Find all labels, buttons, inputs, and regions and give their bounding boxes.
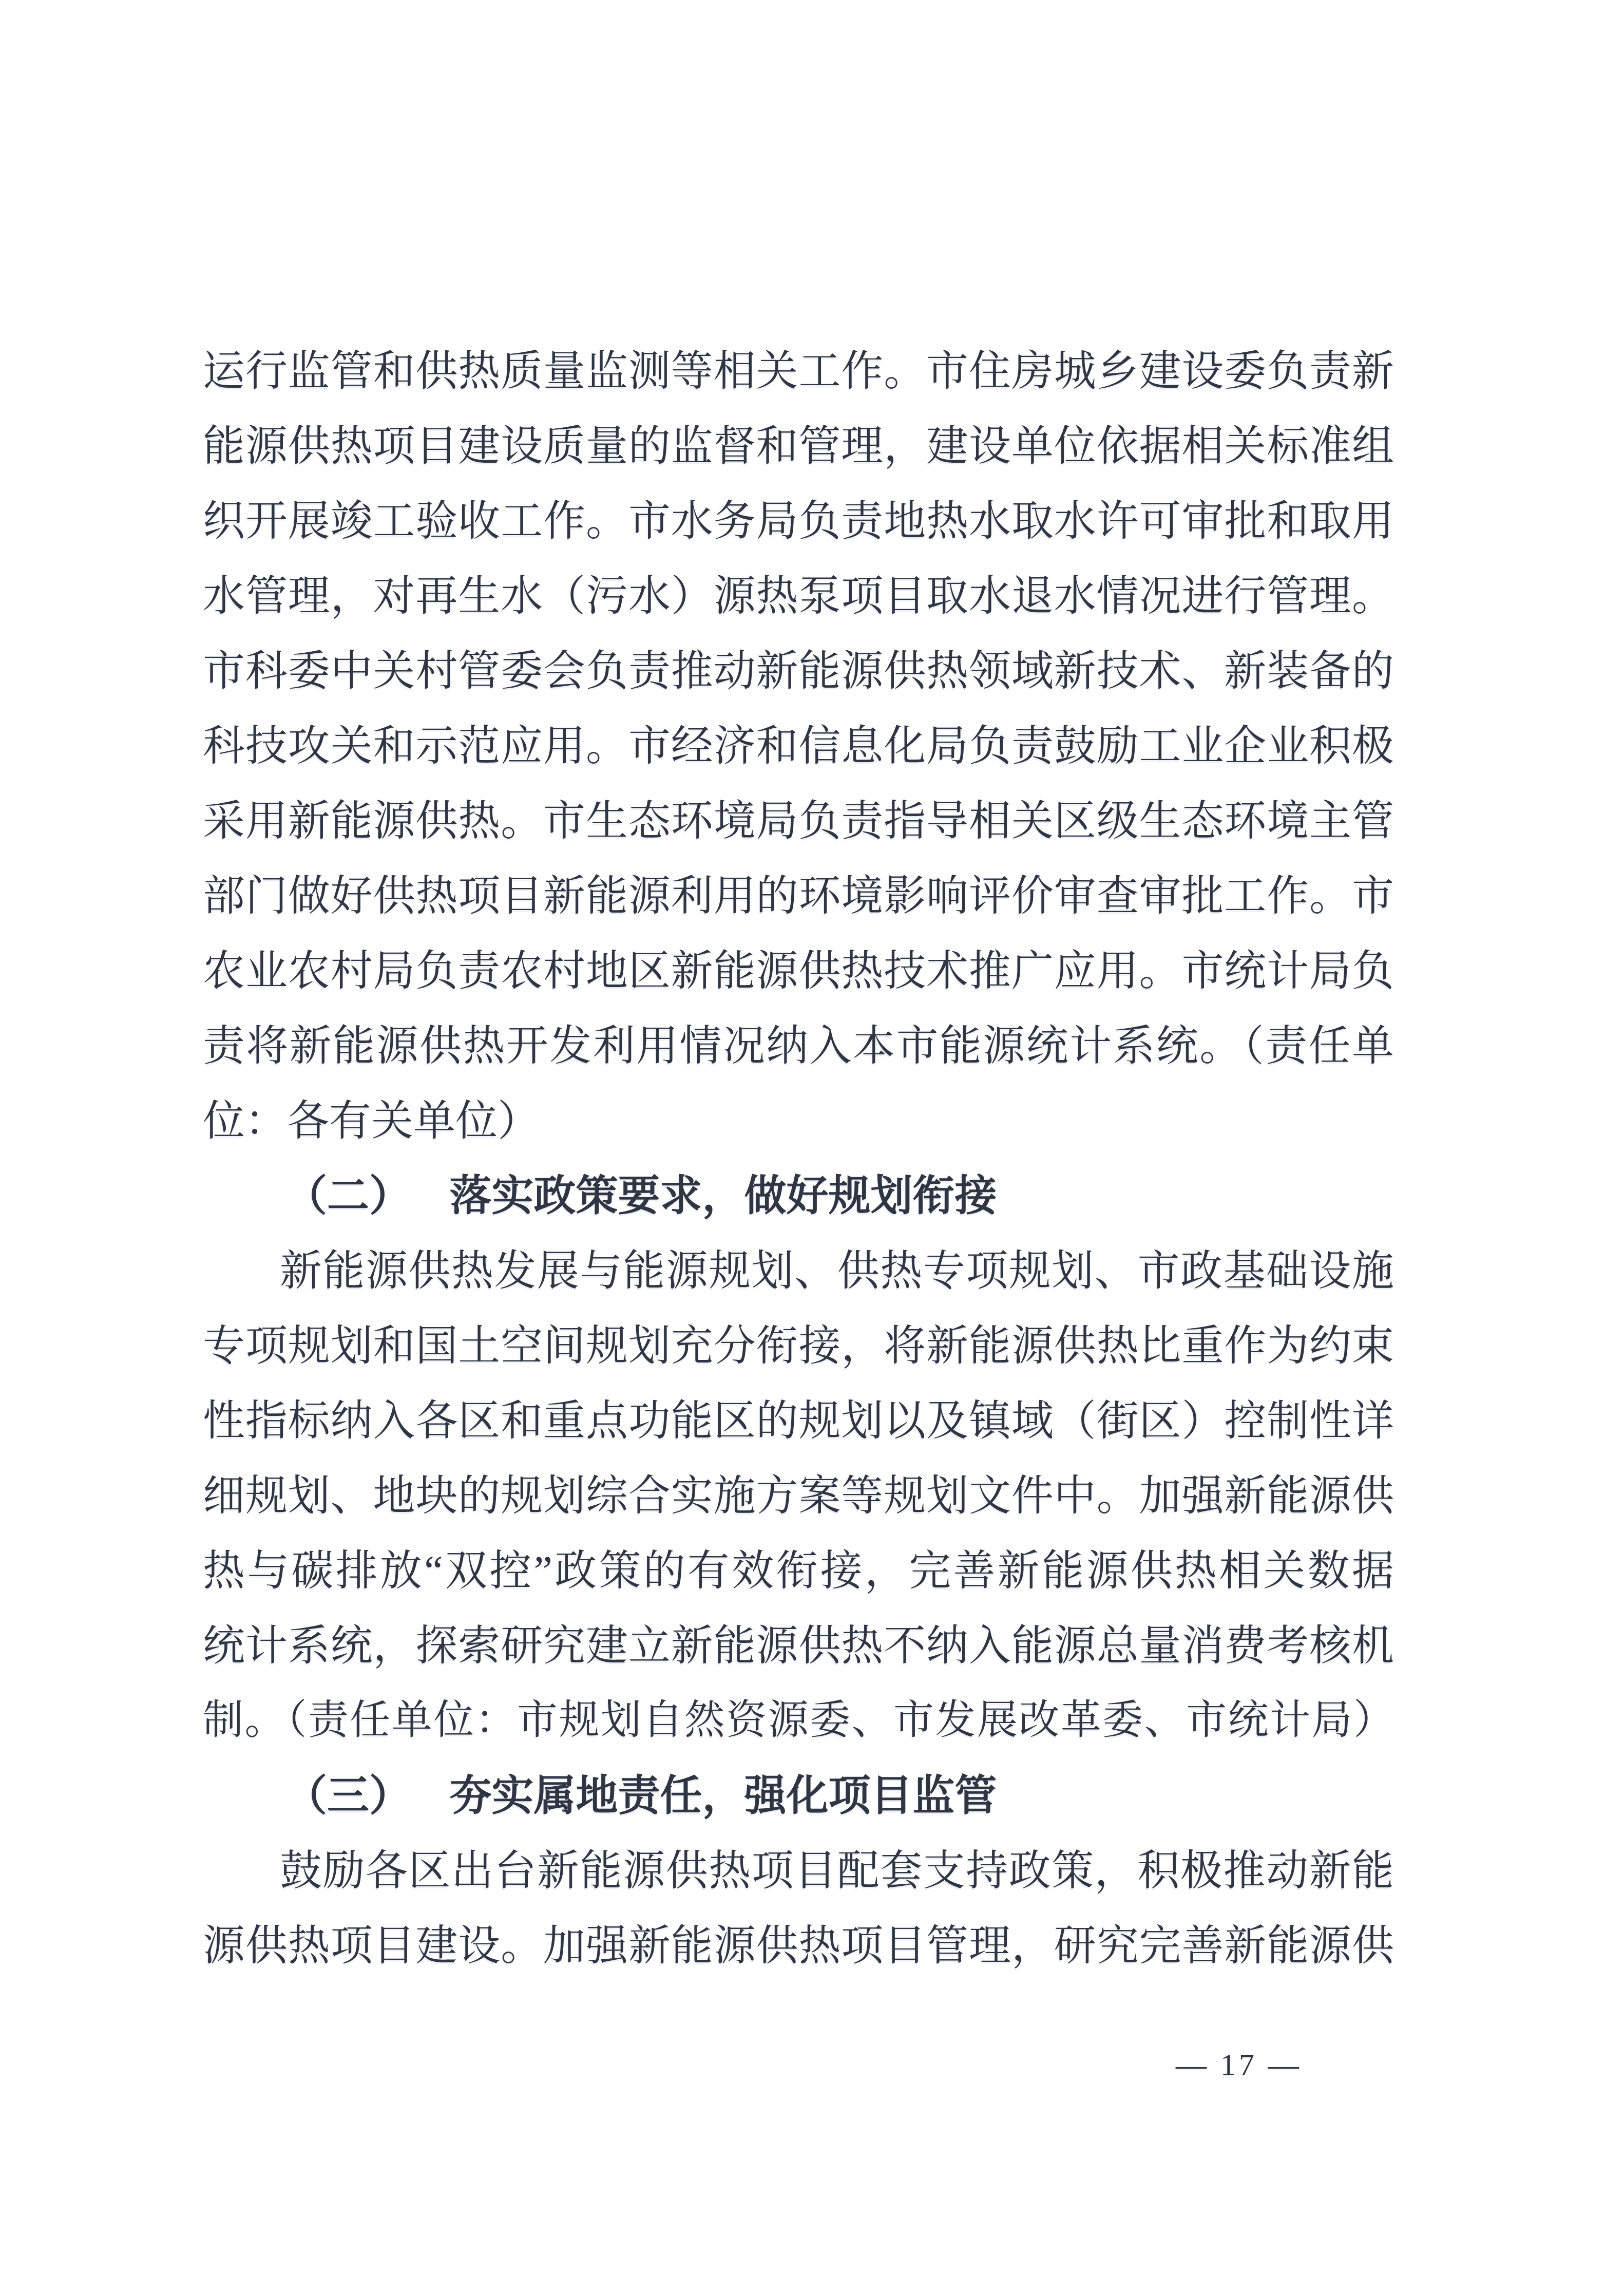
text-line: 源供热项目建设。加强新能源供热项目管理，研究完善新能源供: [203, 1908, 1394, 1983]
section-title: 夯实属地责任，强化项目监管: [450, 1772, 997, 1819]
text-line: 部门做好供热项目新能源利用的环境影响评价审查审批工作。市: [203, 859, 1394, 934]
section-heading-3: （三） 夯实属地责任，强化项目监管: [203, 1758, 1394, 1833]
text-line: 鼓励各区出台新能源供热项目配套支持政策，积极推动新能: [203, 1833, 1394, 1908]
text-line: 能源供热项目建设质量的监督和管理，建设单位依据相关标准组: [203, 409, 1394, 484]
section-number: （二）: [285, 1172, 411, 1219]
page-footer: — 17 —: [1176, 2041, 1302, 2088]
text-line: 织开展竣工验收工作。市水务局负责地热水取水许可审批和取用: [203, 484, 1394, 559]
text-line: 专项规划和国土空间规划充分衔接，将新能源供热比重作为约束: [203, 1309, 1394, 1384]
document-page: 运行监管和供热质量监测等相关工作。市住房城乡建设委负责新 能源供热项目建设质量的…: [0, 0, 1624, 2290]
text-line: 运行监管和供热质量监测等相关工作。市住房城乡建设委负责新: [203, 334, 1394, 409]
text-line: 责将新能源供热开发利用情况纳入本市能源统计系统。（责任单: [203, 1009, 1394, 1084]
text-line: 性指标纳入各区和重点功能区的规划以及镇域（街区）控制性详: [203, 1384, 1394, 1459]
text-line: 市科委中关村管委会负责推动新能源供热领域新技术、新装备的: [203, 634, 1394, 709]
text-line: 细规划、地块的规划综合实施方案等规划文件中。加强新能源供: [203, 1459, 1394, 1534]
text-line: 新能源供热发展与能源规划、供热专项规划、市政基础设施: [203, 1234, 1394, 1309]
section-title: 落实政策要求，做好规划衔接: [450, 1172, 997, 1219]
section-heading-2: （二） 落实政策要求，做好规划衔接: [203, 1159, 1394, 1234]
text-line: 统计系统，探索研究建立新能源供热不纳入能源总量消费考核机: [203, 1608, 1394, 1683]
text-line: 热与碳排放“双控”政策的有效衔接，完善新能源供热相关数据: [203, 1534, 1394, 1608]
text-line: 水管理，对再生水（污水）源热泵项目取水退水情况进行管理。: [203, 559, 1394, 634]
text-line: 采用新能源供热。市生态环境局负责指导相关区级生态环境主管: [203, 784, 1394, 859]
text-line: 农业农村局负责农村地区新能源供热技术推广应用。市统计局负: [203, 934, 1394, 1009]
page-number: — 17 —: [1176, 2048, 1302, 2081]
text-line: 制。（责任单位：市规划自然资源委、市发展改革委、市统计局）: [203, 1683, 1394, 1758]
text-line: 位：各有关单位）: [203, 1084, 1394, 1159]
section-number: （三）: [285, 1772, 411, 1819]
document-body: 运行监管和供热质量监测等相关工作。市住房城乡建设委负责新 能源供热项目建设质量的…: [203, 334, 1394, 1983]
text-line: 科技攻关和示范应用。市经济和信息化局负责鼓励工业企业积极: [203, 709, 1394, 784]
